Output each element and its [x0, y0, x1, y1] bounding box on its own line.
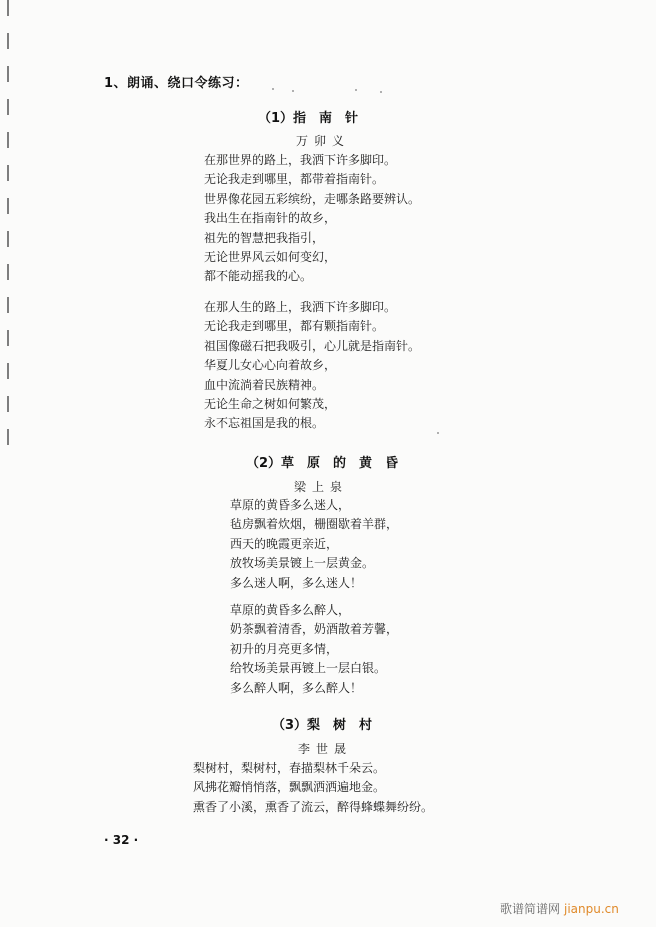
poem-title: （2）草 原 的 黄 昏	[246, 452, 398, 471]
poem-line: 无论生命之树如何繁茂，	[204, 395, 420, 414]
scan-speck	[272, 88, 274, 90]
poem-line: 奶茶飘着清香，奶酒散着芳馨，	[230, 620, 398, 639]
poem-line: 放牧场美景镀上一层黄金。	[230, 554, 398, 573]
poem-line: 无论我走到哪里，都带着指南针。	[204, 170, 420, 189]
site-watermark: 歌谱简谱网jianpu.cn	[500, 900, 619, 917]
poem-line: 草原的黄昏多么醉人，	[230, 601, 398, 620]
watermark-latin: jianpu.cn	[564, 902, 619, 916]
poem-title: （3）梨 树 村	[272, 714, 372, 733]
poem-line: 给牧场美景再镀上一层白银。	[230, 659, 398, 678]
scan-speck	[292, 90, 294, 92]
binding-margin-line	[7, 0, 9, 460]
poem-stanza: 草原的黄昏多么醉人， 奶茶飘着清香，奶酒散着芳馨， 初升的月亮更多情， 给牧场美…	[230, 601, 398, 698]
scan-speck	[355, 89, 357, 91]
scan-speck	[437, 432, 439, 434]
poem-line: 在那世界的路上，我洒下许多脚印。	[204, 151, 420, 170]
poem-line: 熏香了小溪，熏香了流云，醉得蜂蝶舞纷纷。	[193, 798, 433, 817]
poem-line: 祖国像磁石把我吸引，心儿就是指南针。	[204, 337, 420, 356]
scan-speck	[380, 91, 382, 93]
poem-title: （1）指 南 针	[258, 107, 358, 126]
poem-author: 梁上泉	[294, 478, 348, 495]
poem-line: 我出生在指南针的故乡，	[204, 209, 420, 228]
poem-line: 西天的晚霞更亲近，	[230, 535, 398, 554]
page-number: · 32 ·	[104, 833, 138, 847]
poem-line: 华夏儿女心心向着故乡，	[204, 356, 420, 375]
poem-stanza: 在那世界的路上，我洒下许多脚印。 无论我走到哪里，都带着指南针。 世界像花园五彩…	[204, 151, 420, 287]
poem-line: 风拂花瓣悄悄落，飘飘洒洒遍地金。	[193, 778, 433, 797]
poem-line: 初升的月亮更多情，	[230, 640, 398, 659]
poem-line: 毡房飘着炊烟，栅圈歇着羊群，	[230, 515, 398, 534]
poem-line: 多么醉人啊，多么醉人！	[230, 679, 398, 698]
poem-stanza: 在那人生的路上，我洒下许多脚印。 无论我走到哪里，都有颗指南针。 祖国像磁石把我…	[204, 298, 420, 434]
poem-line: 世界像花园五彩缤纷，走哪条路要辨认。	[204, 190, 420, 209]
poem-line: 都不能动摇我的心。	[204, 267, 420, 286]
poem-line: 梨树村，梨树村，春描梨林千朵云。	[193, 759, 433, 778]
poem-line: 无论世界风云如何变幻，	[204, 248, 420, 267]
poem-line: 祖先的智慧把我指引，	[204, 229, 420, 248]
poem-line: 多么迷人啊，多么迷人！	[230, 574, 398, 593]
poem-line: 在那人生的路上，我洒下许多脚印。	[204, 298, 420, 317]
poem-author: 万卯义	[296, 132, 350, 149]
poem-stanza: 梨树村，梨树村，春描梨林千朵云。 风拂花瓣悄悄落，飘飘洒洒遍地金。 熏香了小溪，…	[193, 759, 433, 817]
poem-line: 无论我走到哪里，都有颗指南针。	[204, 317, 420, 336]
poem-line: 草原的黄昏多么迷人，	[230, 496, 398, 515]
poem-line: 血中流淌着民族精神。	[204, 376, 420, 395]
poem-stanza: 草原的黄昏多么迷人， 毡房飘着炊烟，栅圈歇着羊群， 西天的晚霞更亲近， 放牧场美…	[230, 496, 398, 593]
watermark-chinese: 歌谱简谱网	[500, 902, 560, 916]
poem-line: 永不忘祖国是我的根。	[204, 414, 420, 433]
poem-author: 李世晟	[298, 740, 352, 757]
section-heading: 1、朗诵、绕口令练习：	[104, 72, 249, 91]
